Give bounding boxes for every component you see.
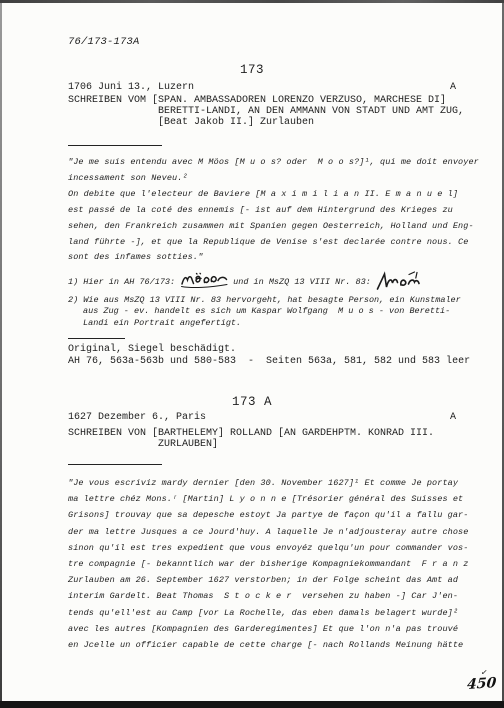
quote-line: "Je me suis entendu avec M Möos [M u o s… <box>68 155 479 171</box>
quote-line: der ma lettre Jusques a ce Jourd'huy. A … <box>68 524 468 540</box>
separator-rule <box>68 464 162 465</box>
quote-line: en Jcelle un officier capable de cette c… <box>68 637 468 653</box>
doc1-footnote-1: 1) Hier in AH 76/173: und in MsZQ 13 VII… <box>68 272 425 292</box>
scan-edge-bottom <box>0 701 504 708</box>
doc2-date-line: 1627 Dezember 6., Paris <box>68 412 206 423</box>
doc2-number: 173 A <box>0 395 504 409</box>
doc1-title-line: [Beat Jakob II.] Zurlauben <box>68 118 464 129</box>
quote-line: est passé de la coté des ennemis [- ist … <box>68 203 479 219</box>
archive-reference: 76/173-173A <box>68 36 140 48</box>
provenance-line: AH 76, 563a-563b und 580-583 - Seiten 56… <box>68 356 470 368</box>
doc2-quote: "Je vous escriviz mardy dernier [den 30.… <box>68 475 468 653</box>
handwritten-name-scribble-icon <box>179 271 229 293</box>
quote-line: incessament son Neveu.² <box>68 171 479 187</box>
handwritten-page-number: 450 <box>466 675 496 693</box>
footnote-text: und in MsZQ 13 VIII Nr. 83: <box>233 277 371 287</box>
doc1-quote: "Je me suis entendu avec M Möos [M u o s… <box>68 155 479 266</box>
quote-line: ma lettre chéz Mons.ʳ [Martin] L y o n n… <box>68 491 468 507</box>
handwritten-name-scribble-icon <box>375 270 421 295</box>
doc1-title-line: BERETTI-LANDI, AN DEN AMMANN VON STADT U… <box>68 107 464 118</box>
quote-line: land führte -], et que la Republique de … <box>68 235 479 251</box>
quote-line: sont des infames sotties." <box>68 250 479 266</box>
document-scan-page: 76/173-173A 173 1706 Juni 13., Luzern A … <box>0 0 504 708</box>
quote-line: On debite que l'electeur de Baviere [M a… <box>68 187 479 203</box>
quote-line: sehen, den Frankreich zusammen mit Spani… <box>68 219 479 235</box>
quote-line: interim Gardelt. Beat Thomas S t o c k e… <box>68 588 468 604</box>
quote-line: tends qu'ell'est au Camp [vor La Rochell… <box>68 605 468 621</box>
footnote-text: 1) Hier in AH 76/173: <box>68 277 175 287</box>
separator-rule <box>68 338 125 339</box>
doc1-side-mark-a: A <box>450 82 456 93</box>
quote-line: "Je vous escriviz mardy dernier [den 30.… <box>68 475 468 491</box>
doc1-date-line: 1706 Juni 13., Luzern <box>68 82 194 93</box>
doc2-title-line: SCHREIBEN VON [BARTHELEMY] ROLLAND [AN G… <box>68 429 434 440</box>
quote-line: Grisons] trouvay que sa depesche estoyt … <box>68 507 468 523</box>
scan-edge-top <box>0 0 504 3</box>
footnote-line: Landi ein Portrait angefertigt. <box>68 318 461 329</box>
quote-line: Zurlauben am 26. September 1627 verstorb… <box>68 572 468 588</box>
separator-rule <box>68 145 162 146</box>
doc2-side-mark-a: A <box>450 412 456 423</box>
scan-edge-left <box>0 3 2 701</box>
quote-line: avec les autres [Kompagnien des Gardereg… <box>68 621 468 637</box>
footnote-line: 2) Wie aus MsZQ 13 VIII Nr. 83 hervorgeh… <box>68 295 461 306</box>
provenance-line: Original, Siegel beschädigt. <box>68 344 470 356</box>
doc2-title: SCHREIBEN VON [BARTHELEMY] ROLLAND [AN G… <box>68 429 434 451</box>
doc1-footnote-2: 2) Wie aus MsZQ 13 VIII Nr. 83 hervorgeh… <box>68 295 461 329</box>
doc1-provenance: Original, Siegel beschädigt. AH 76, 563a… <box>68 344 470 367</box>
doc1-title: SCHREIBEN VOM [SPAN. AMBASSADOREN LORENZ… <box>68 96 464 128</box>
doc2-title-line: ZURLAUBEN] <box>68 440 434 451</box>
quote-line: tre compagnie [- bekanntlich war der bis… <box>68 556 468 572</box>
footnote-line: aus Zug - ev. handelt es sich um Kaspar … <box>68 306 461 317</box>
doc1-number: 173 <box>0 63 504 77</box>
quote-line: sinon qu'il est tres expedient que vous … <box>68 540 468 556</box>
